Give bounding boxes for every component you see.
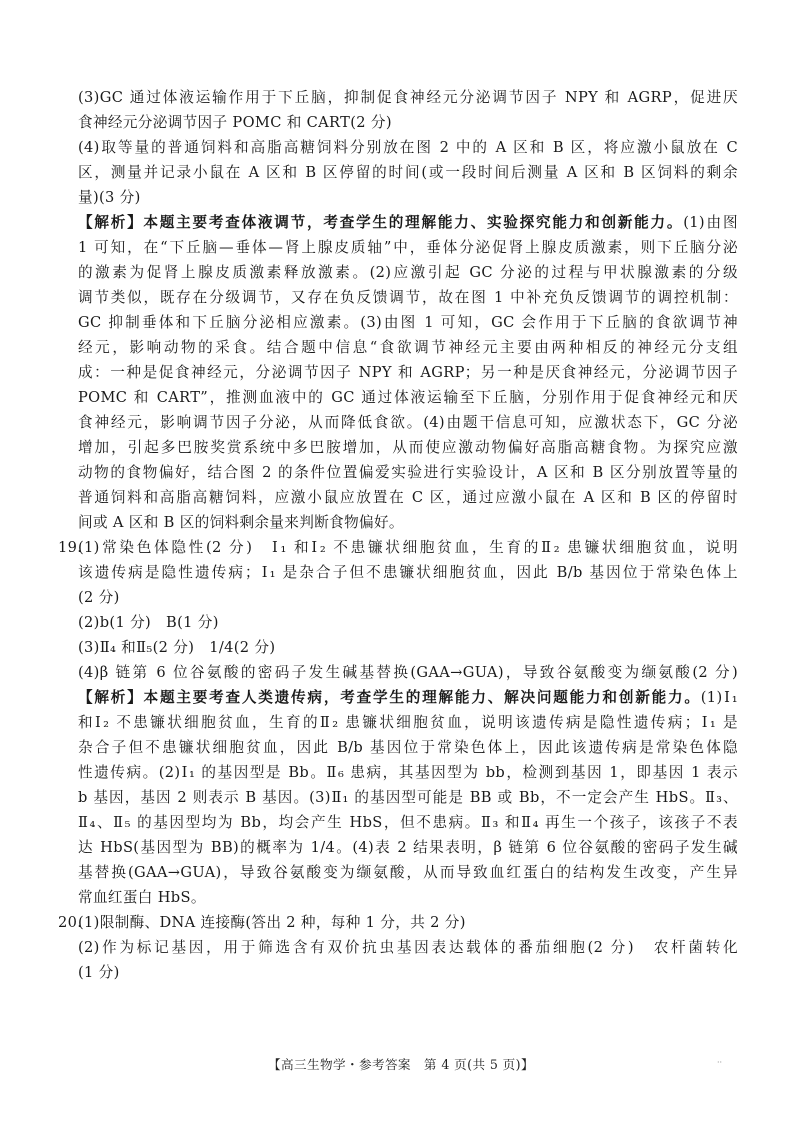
q19-analysis-first-rest: (1)Ⅰ₁	[701, 689, 738, 706]
q19-analysis-line: Ⅱ₄、Ⅱ₅ 的基因型均为 Bb，均会产生 HbS，但不患病。Ⅱ₃ 和Ⅱ₄ 再生一…	[78, 813, 738, 833]
q18-part3-line-2: 食神经元分泌调节因子 POMC 和 CART(2 分)	[78, 113, 738, 133]
q19-analysis-first-line: 【解析】本题主要考查人类遗传病，考查学生的理解能力、解决问题能力和创新能力。(1…	[78, 688, 738, 708]
q19-analysis-line: b 基因，基因 2 则表示 B 基因。(3)Ⅱ₁ 的基因型可能是 BB 或 Bb…	[78, 788, 738, 808]
q19-analysis-line: 基替换(GAA→GUA)，导致谷氨酸变为缬氨酸，从而导致血红蛋白的结构发生改变，…	[78, 863, 738, 883]
q20-part1: 20.(1)限制酶、DNA 连接酶(答出 2 种，每种 1 分，共 2 分)	[58, 913, 738, 933]
q18-part3-line-1: (3)GC 通过体液运输作用于下丘脑，抑制促食神经元分泌调节因子 NPY 和 A…	[78, 88, 738, 108]
q19-analysis-line: 常血红蛋白 HbS。	[78, 888, 738, 908]
q18-analysis-line: 成：一种是促食神经元，分泌调节因子 NPY 和 AGRP；另一种是厌食神经元，分…	[78, 363, 738, 383]
q18-part4-line-3: 量)(3 分)	[78, 188, 738, 208]
q19-part4: (4)β 链第 6 位谷氨酸的密码子发生碱基替换(GAA→GUA)，导致谷氨酸变…	[78, 663, 738, 683]
q20-part1-text: (1)限制酶、DNA 连接酶(答出 2 种，每种 1 分，共 2 分)	[78, 914, 466, 931]
q18-analysis-label: 【解析】本题主要考查体液调节，考查学生的理解能力、实验探究能力和创新能力。	[78, 214, 683, 231]
q18-analysis-first-line: 【解析】本题主要考查体液调节，考查学生的理解能力、实验探究能力和创新能力。(1)…	[78, 213, 738, 233]
q18-analysis-line: GC 抑制垂体和下丘脑分泌相应激素。(3)由图 1 可知，GC 会作用于下丘脑的…	[78, 313, 738, 333]
q19-analysis-line: 性遗传病。(2)Ⅰ₁ 的基因型是 Bb。Ⅱ₆ 患病，其基因型为 bb，检测到基因…	[78, 763, 738, 783]
q18-analysis-line: POMC 和 CART”，推测血液中的 GC 通过体液运输至下丘脑，分别作用于促…	[78, 388, 738, 408]
q18-analysis-line: 增加，引起多巴胺奖赏系统中多巴胺增加，从而使应激动物偏好高脂高糖食物。为探究应激	[78, 438, 738, 458]
q18-part4-line-1: (4)取等量的普通饲料和高脂高糖饲料分别放在图 2 中的 A 区和 B 区，将应…	[78, 138, 738, 158]
q18-analysis-line: 1 可知，在“下丘脑—垂体—肾上腺皮质轴”中，垂体分泌促肾上腺皮质激素，则下丘脑…	[78, 238, 738, 258]
q19-part1-line-1: 19.(1)常染色体隐性(2 分) Ⅰ₁ 和Ⅰ₂ 不患镰状细胞贫血，生育的Ⅱ₂ …	[58, 538, 738, 558]
q18-analysis-line: 间或 A 区和 B 区的饲料剩余量来判断食物偏好。	[78, 513, 738, 533]
q20-part2-line-1: (2)作为标记基因，用于筛选含有双价抗虫基因表达载体的番茄细胞(2 分) 农杆菌…	[78, 938, 738, 958]
q19-part1-line-3: (2 分)	[78, 588, 738, 608]
q19-analysis-label: 【解析】本题主要考查人类遗传病，考查学生的理解能力、解决问题能力和创新能力。	[78, 689, 701, 706]
page-footer: 【高三生物学・参考答案 第 4 页(共 5 页)】	[268, 1056, 534, 1074]
q18-analysis-line: 经元，影响动物的采食。结合题中信息“食欲调节神经元主要由两种相反的神经元分支组	[78, 338, 738, 358]
q19-analysis-line: 和Ⅰ₂ 不患镰状细胞贫血，生育的Ⅱ₂ 患镰状细胞贫血，说明该遗传病是隐性遗传病；…	[78, 713, 738, 733]
q19-number: 19.	[58, 538, 78, 558]
q18-analysis-first-rest: (1)由图	[683, 214, 738, 231]
q20-number: 20.	[58, 913, 78, 933]
q19-part2: (2)b(1 分) B(1 分)	[78, 613, 738, 633]
q18-analysis-line: 的激素为促肾上腺皮质激素释放激素。(2)应激引起 GC 分泌的过程与甲状腺激素的…	[78, 263, 738, 283]
q19-part1-line-2: 该遗传病是隐性遗传病；Ⅰ₁ 是杂合子但不患镰状细胞贫血，因此 B/b 基因位于常…	[78, 563, 738, 583]
q19-analysis-line: 达 HbS(基因型为 BB)的概率为 1/4。(4)表 2 结果表明，β 链第 …	[78, 838, 738, 858]
q19-part1-text: (1)常染色体隐性(2 分) Ⅰ₁ 和Ⅰ₂ 不患镰状细胞贫血，生育的Ⅱ₂ 患镰状…	[78, 539, 738, 556]
q18-analysis-line: 动物的食物偏好，结合图 2 的条件位置偏爱实验进行实验设计，A 区和 B 区分别…	[78, 463, 738, 483]
q19-part3: (3)Ⅱ₄ 和Ⅱ₅(2 分) 1/4(2 分)	[78, 638, 738, 658]
q18-part4-line-2: 区，测量并记录小鼠在 A 区和 B 区停留的时间(或一段时间后测量 A 区和 B…	[78, 163, 738, 183]
q18-analysis-line: 食神经元，影响调节因子分泌，从而降低食欲。(4)由题干信息可知，应激状态下，GC…	[78, 413, 738, 433]
q19-analysis-line: 杂合子但不患镰状细胞贫血，因此 B/b 基因位于常染色体上，因此该遗传病是常染色…	[78, 738, 738, 758]
q20-part2-line-2: (1 分)	[78, 963, 738, 983]
answer-key-page: (3)GC 通过体液运输作用于下丘脑，抑制促食神经元分泌调节因子 NPY 和 A…	[0, 0, 800, 1124]
corner-mark: ··	[717, 1058, 722, 1067]
q18-analysis-line: 调节类似，既存在分级调节，又存在负反馈调节，故在图 1 中补充负反馈调节的调控机…	[78, 288, 738, 308]
q18-analysis-line: 普通饲料和高脂高糖饲料，应激小鼠应放置在 C 区，通过应激小鼠在 A 区和 B …	[78, 488, 738, 508]
